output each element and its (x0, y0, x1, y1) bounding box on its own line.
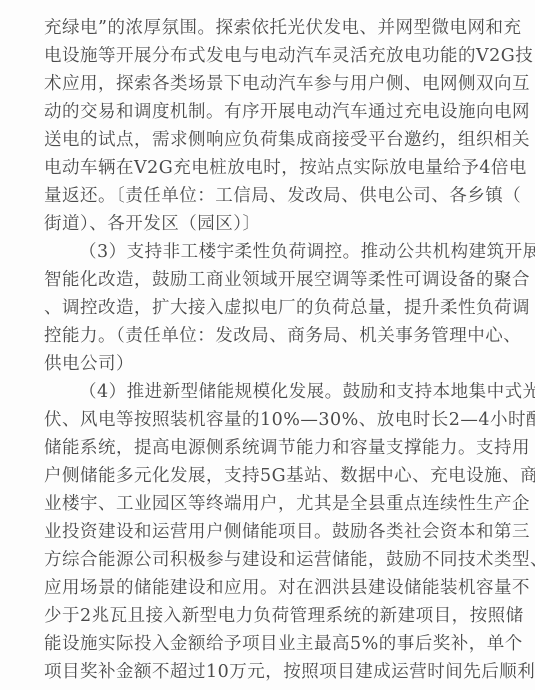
text-line: 少于2兆瓦且接入新型电力负荷管理系统的新建项目，按照储 (44, 602, 464, 630)
text-line: 应用场景的储能建设和应用。对在泗洪县建设储能装机容量不 (44, 574, 464, 602)
text-line: 动的交易和调度机制。有序开展电动汽车通过充电设施向电网 (44, 98, 464, 126)
text-line: 智能化改造，鼓励工商业领域开展空调等柔性可调设备的聚合 (44, 266, 464, 294)
text-line: 伏、风电等按照装机容量的10%—30%、放电时长2—4小时配建 (44, 406, 464, 434)
text-line: 方综合能源公司积极参与建设和运营储能，鼓励不同技术类型、 (44, 546, 464, 574)
text-line: 项目奖补金额不超过10万元，按照项目建成运营时间先后顺利 (44, 658, 464, 686)
text-line: 控能力。（责任单位：发改局、商务局、机关事务管理中心、 (44, 322, 464, 350)
text-line: 送电的试点，需求侧响应负荷集成商接受平台邀约，组织相关 (44, 126, 464, 154)
text-line: 量返还。〔责任单位：工信局、发改局、供电公司、各乡镇（ (44, 182, 464, 210)
text-line: （3）支持非工楼宇柔性负荷调控。推动公共机构建筑开展 (44, 238, 464, 266)
document-page: 充绿电”的浓厚氛围。探索依托光伏发电、并网型微电网和充电设施等开展分布式发电与电… (0, 0, 535, 690)
text-line: 充绿电”的浓厚氛围。探索依托光伏发电、并网型微电网和充 (44, 14, 464, 42)
document-body: 充绿电”的浓厚氛围。探索依托光伏发电、并网型微电网和充电设施等开展分布式发电与电… (44, 14, 464, 686)
text-line: （4）推进新型储能规模化发展。鼓励和支持本地集中式光 (44, 378, 464, 406)
text-line: 术应用，探索各类场景下电动汽车参与用户侧、电网侧双向互 (44, 70, 464, 98)
text-line: 业投资建设和运营用户侧储能项目。鼓励各类社会资本和第三 (44, 518, 464, 546)
text-line: 业楼宇、工业园区等终端用户，尤其是全县重点连续性生产企 (44, 490, 464, 518)
text-line: 储能系统，提高电源侧系统调节能力和容量支撑能力。支持用 (44, 434, 464, 462)
text-line: 街道）、各开发区（园区）〕 (44, 210, 464, 238)
text-line: 供电公司） (44, 350, 464, 378)
text-line: 电动车辆在V2G充电桩放电时，按站点实际放电量给予4倍电 (44, 154, 464, 182)
text-line: 电设施等开展分布式发电与电动汽车灵活充放电功能的V2G技 (44, 42, 464, 70)
text-line: 、调控改造，扩大接入虚拟电厂的负荷总量，提升柔性负荷调 (44, 294, 464, 322)
text-line: 户侧储能多元化发展，支持5G基站、数据中心、充电设施、商 (44, 462, 464, 490)
text-line: 能设施实际投入金额给予项目业主最高5%的事后奖补，单个 (44, 630, 464, 658)
